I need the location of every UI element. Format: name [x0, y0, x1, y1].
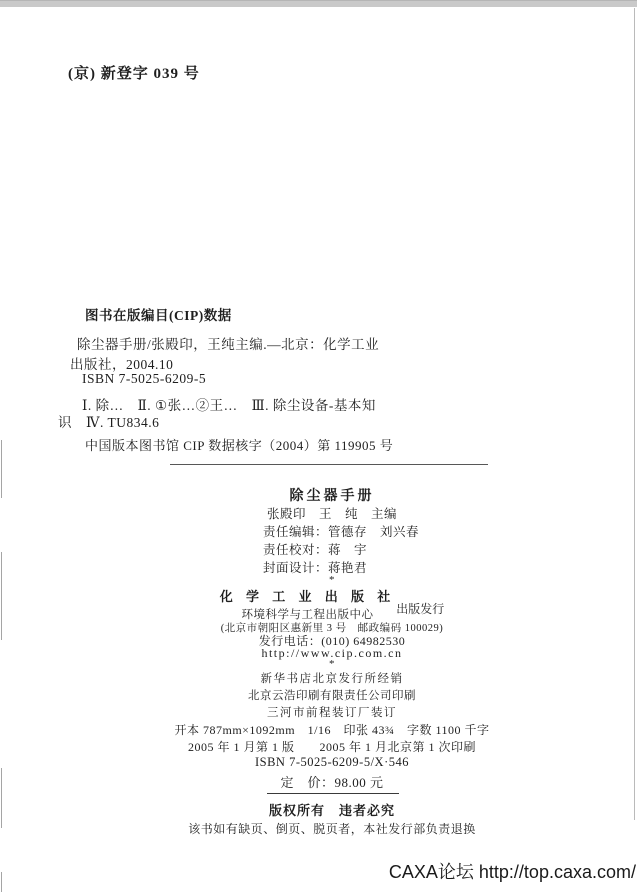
publisher-role: 出版发行	[396, 600, 444, 617]
price-line: 定 价：98.00 元	[32, 772, 632, 791]
scan-right-edge	[634, 8, 635, 820]
cip-entry-line2: 出版社，2004.10	[70, 353, 173, 373]
book-title: 除尘器手册	[32, 485, 632, 505]
isbn-line: ISBN 7-5025-6209-5/X·546	[32, 755, 632, 770]
scanned-book-copyright-page: (京) 新登字 039 号 图书在版编目(CIP)数据 除尘器手册/张殿印，王纯…	[0, 0, 637, 892]
scan-left-edge	[1, 440, 2, 498]
publisher-names: 化 学 工 业 出 版 社 环境科学与工程出版中心	[220, 586, 396, 622]
cip-record-number: 中国版本图书馆 CIP 数据核字（2004）第 119905 号	[85, 435, 393, 454]
scan-left-edge	[1, 872, 2, 892]
scan-left-edge	[1, 768, 2, 828]
asterisk-separator: *	[32, 658, 632, 670]
cip-classification-line2: 识 Ⅳ. TU834.6	[58, 411, 159, 431]
return-notice: 该书如有缺页、倒页、脱页者，本社发行部负责退换	[32, 820, 632, 837]
scan-top-edge	[0, 0, 637, 7]
cip-heading: 图书在版编目(CIP)数据	[85, 304, 232, 324]
responsible-proofreader: 责任校对：蒋 宇	[263, 540, 367, 558]
copyright-notice: 版权所有 违者必究	[32, 800, 632, 819]
printer-line: 北京云浩印刷有限责任公司印刷	[32, 687, 632, 703]
publisher-name: 化 学 工 业 出 版 社	[220, 586, 396, 605]
forum-watermark: CAXA论坛 http://top.caxa.com/	[389, 858, 636, 884]
registration-number: (京) 新登字 039 号	[68, 62, 200, 83]
authors-line: 张殿印 王 纯 主编	[32, 504, 632, 522]
publisher-block: 化 学 工 业 出 版 社 环境科学与工程出版中心 出版发行	[32, 586, 632, 622]
divider-line	[267, 793, 399, 794]
divider-line	[170, 464, 488, 465]
distributor-line: 新华书店北京发行所经销	[32, 670, 632, 686]
edition-line: 2005 年 1 月第 1 版 2005 年 1 月北京第 1 次印刷	[32, 738, 632, 755]
asterisk-separator: *	[32, 574, 632, 586]
cip-isbn: ISBN 7-5025-6209-5	[82, 371, 206, 387]
binder-line: 三河市前程装订厂装订	[32, 704, 632, 720]
cip-entry-line1: 除尘器手册/张殿印，王纯主编.—北京：化学工业	[77, 333, 379, 353]
format-line: 开本 787mm×1092mm 1/16 印张 43¾ 字数 1100 千字	[32, 721, 632, 738]
responsible-editor: 责任编辑：管德存 刘兴春	[263, 522, 419, 540]
scan-left-edge	[1, 552, 2, 640]
